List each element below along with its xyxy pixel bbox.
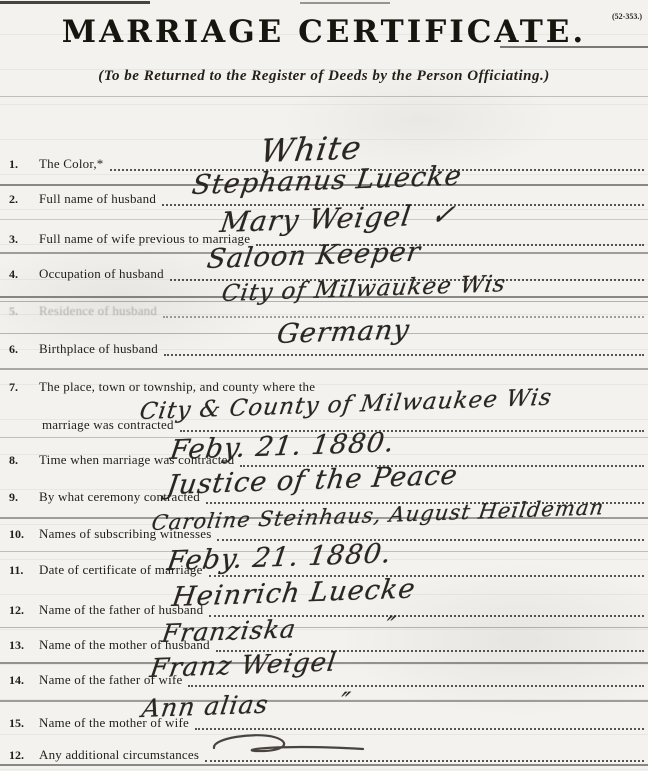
row-label: The Color,* xyxy=(35,156,104,172)
row-number: 9. xyxy=(0,490,35,505)
row-number: 5. xyxy=(0,304,35,319)
row-number: 2. xyxy=(0,192,35,207)
row-label: Full name of husband xyxy=(35,191,156,207)
row-label: Occupation of husband xyxy=(35,266,164,282)
form-row-occupation: 4. Occupation of husband xyxy=(0,262,648,282)
dotted-leader xyxy=(110,163,644,171)
row-label: Full name of wife previous to marriage xyxy=(35,231,250,247)
form-row-wife-name: 3. Full name of wife previous to marriag… xyxy=(0,227,648,247)
dotted-leader xyxy=(217,533,644,541)
dotted-leader xyxy=(162,198,644,206)
dotted-leader xyxy=(180,424,644,432)
form-row-ceremony: 9. By what ceremony contracted xyxy=(0,485,648,505)
dotted-leader xyxy=(216,644,644,652)
row-label: Names of subscribing witnesses xyxy=(35,526,211,542)
form-row-husband-father: 12. Name of the father of husband xyxy=(0,598,648,618)
row-label: Name of the mother of wife xyxy=(35,715,189,731)
row-number: 1. xyxy=(0,157,35,172)
document-subtitle: (To be Returned to the Register of Deeds… xyxy=(0,68,648,85)
form-row-color: 1. The Color,* xyxy=(0,152,648,172)
form-row-place-line2: marriage was contracted xyxy=(0,413,648,433)
row-number: 6. xyxy=(0,342,35,357)
row-number: 4. xyxy=(0,267,35,282)
row-label: Name of the mother of husband xyxy=(35,637,210,653)
row-number: 7. xyxy=(0,380,35,395)
form-row-wife-father: 14. Name of the father of wife xyxy=(0,668,648,688)
row-label: Name of the father of husband xyxy=(35,602,203,618)
row-number: 11. xyxy=(0,563,35,578)
row-label: The place, town or township, and county … xyxy=(35,379,315,395)
row-number: 3. xyxy=(0,232,35,247)
dotted-leader xyxy=(170,273,644,281)
row-label: Any additional circumstances xyxy=(35,747,199,763)
form-row-residence: 5. Residence of husband xyxy=(0,299,648,319)
row-label: Birthplace of husband xyxy=(35,341,158,357)
row-label: Date of certificate of marriage xyxy=(35,562,203,578)
dotted-leader xyxy=(256,238,644,246)
form-row-birthplace: 6. Birthplace of husband xyxy=(0,337,648,357)
dotted-leader xyxy=(163,310,644,318)
form-row-place-line1: 7. The place, town or township, and coun… xyxy=(0,375,648,395)
form-row-witnesses: 10. Names of subscribing witnesses xyxy=(0,522,648,542)
row-number: 15. xyxy=(0,716,35,731)
row-number: 14. xyxy=(0,673,35,688)
row-label: Name of the father of wife xyxy=(35,672,182,688)
form-row-husband-mother: 13. Name of the mother of husband xyxy=(0,633,648,653)
row-number: 8. xyxy=(0,453,35,468)
row-label: Residence of husband xyxy=(35,303,157,319)
form-code: (52-353.) xyxy=(612,12,642,21)
document-title: MARRIAGE CERTIFICATE. xyxy=(0,14,648,50)
dotted-leader xyxy=(209,609,644,617)
row-number: 12. xyxy=(0,748,35,763)
row-number: 13. xyxy=(0,638,35,653)
dotted-leader xyxy=(195,722,644,730)
dotted-leader xyxy=(188,679,644,687)
ink-flourish-icon xyxy=(208,730,368,760)
row-label: marriage was contracted xyxy=(38,417,174,433)
row-label: By what ceremony contracted xyxy=(35,489,200,505)
row-number: 10. xyxy=(0,527,35,542)
form-row-wife-mother: 15. Name of the mother of wife xyxy=(0,711,648,731)
dotted-leader xyxy=(206,496,644,504)
row-number: 12. xyxy=(0,603,35,618)
row-label: Time when marriage was contracted xyxy=(35,452,234,468)
dotted-leader xyxy=(240,459,644,467)
dotted-leader xyxy=(209,569,644,577)
form-row-certificate-date: 11. Date of certificate of marriage xyxy=(0,558,648,578)
dotted-leader xyxy=(164,348,644,356)
form-row-husband-name: 2. Full name of husband xyxy=(0,187,648,207)
form-row-marriage-time: 8. Time when marriage was contracted xyxy=(0,448,648,468)
